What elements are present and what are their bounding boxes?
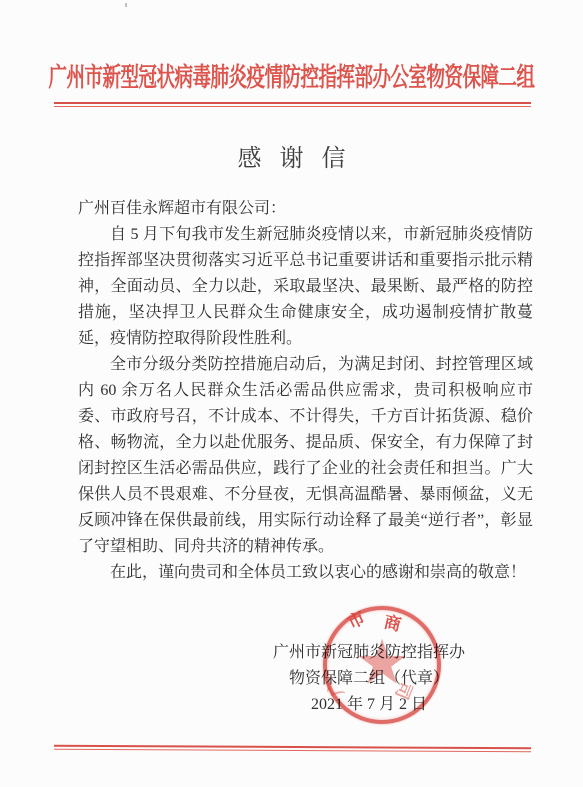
letterhead-org-title: 广州市新型冠状病毒肺炎疫情防控指挥部办公室物资保障二组 (0, 58, 583, 95)
footer-rule (54, 745, 531, 752)
paragraph-3: 在此，谨向贵司和全体员工致以衷心的感谢和崇高的敬意！ (78, 560, 533, 586)
paragraph-2: 全市分级分类防控措施启动后，为满足封闭、封控管理区域内 60 余万名人民群众生活… (78, 352, 533, 560)
letter-page: 广州市新型冠状病毒肺炎疫情防控指挥部办公室物资保障二组 感谢信 广州百佳永辉超市… (0, 0, 583, 787)
signature-org-line1: 广州市新冠肺炎防控指挥办 (259, 640, 479, 666)
signature-org-line2: 物资保障二组（代章） (259, 666, 479, 692)
scan-artifact (125, 3, 127, 7)
signature-date: 2021 年 7 月 2 日 (259, 692, 479, 718)
letterhead-rule (54, 102, 531, 107)
seal-arc-char-left: 市 (345, 609, 368, 632)
letter-body: 广州百佳永辉超市有限公司： 自 5 月下旬我市发生新冠肺炎疫情以来，市新冠肺炎疫… (78, 196, 533, 586)
seal-arc-char-right: 商 (382, 613, 402, 633)
salutation: 广州百佳永辉超市有限公司： (78, 196, 533, 222)
paragraph-1: 自 5 月下旬我市发生新冠肺炎疫情以来，市新冠肺炎疫情防控指挥部坚决贯彻落实习近… (78, 222, 533, 352)
signature-block: 广州市新冠肺炎防控指挥办 物资保障二组（代章） 2021 年 7 月 2 日 (259, 640, 479, 718)
letter-title: 感谢信 (0, 138, 583, 173)
